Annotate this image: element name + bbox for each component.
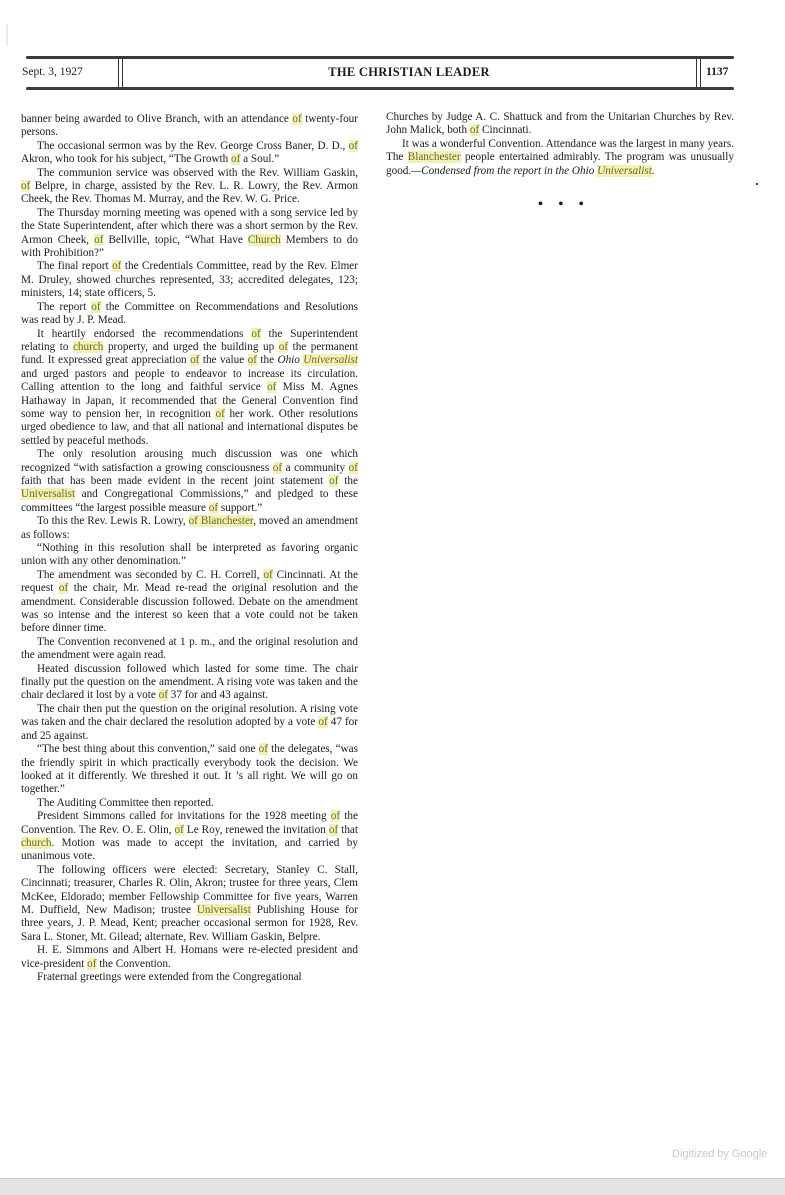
paragraph: The amendment was seconded by C. H. Corr…: [21, 569, 358, 636]
search-highlight: of: [349, 140, 358, 152]
paragraph: President Simmons called for invitations…: [21, 810, 358, 864]
search-highlight: of: [331, 810, 340, 822]
scanned-page: Sept. 3, 1927 THE CHRISTIAN LEADER 1137 …: [0, 0, 785, 1183]
search-highlight: of: [59, 582, 68, 594]
running-header: Sept. 3, 1927 THE CHRISTIAN LEADER 1137: [22, 56, 734, 90]
paragraph: “The best thing about this convention,” …: [21, 743, 358, 797]
paragraph: H. E. Simmons and Albert H. Homans were …: [21, 944, 358, 971]
search-highlight: of: [251, 328, 260, 340]
search-highlight: of: [318, 716, 327, 728]
search-highlight: of: [248, 354, 257, 366]
paragraph: Heated discussion followed which lasted …: [21, 663, 358, 703]
search-highlight: Universalist: [303, 354, 358, 366]
paragraph: The communion service was observed with …: [21, 167, 358, 207]
paragraph: The Convention reconvened at 1 p. m., an…: [21, 636, 358, 663]
paragraph: The final report of the Credentials Comm…: [21, 260, 358, 300]
search-highlight: of: [21, 180, 30, 192]
paragraph: “Nothing in this resolution shall be int…: [21, 542, 358, 569]
header-rule-bottom: [26, 87, 734, 90]
digitized-watermark: Digitized by Google: [672, 1148, 767, 1160]
viewer-bottom-bar: [0, 1178, 785, 1195]
search-highlight: of: [267, 381, 276, 393]
italic-text: —Condensed from the report in the Ohio: [411, 165, 597, 177]
paragraph: Churches by Judge A. C. Shattuck and fro…: [386, 111, 734, 138]
paragraph: To this the Rev. Lewis R. Lowry, of Blan…: [21, 515, 358, 542]
search-highlight: of: [259, 743, 268, 755]
search-highlight: church: [21, 837, 51, 849]
issue-date: Sept. 3, 1927: [22, 66, 83, 78]
search-highlight: of: [349, 462, 358, 474]
paragraph: The Auditing Committee then reported.: [21, 797, 358, 810]
article-column-left: banner being awarded to Olive Branch, wi…: [21, 113, 358, 984]
search-highlight: of: [292, 113, 301, 125]
search-highlight: of: [87, 958, 96, 970]
search-highlight: of: [279, 341, 288, 353]
scan-margin-mark: [6, 24, 8, 46]
page-number: 1137: [706, 66, 728, 78]
search-highlight: of: [329, 475, 338, 487]
search-highlight: of Blanchester: [189, 515, 254, 527]
section-break: • • •: [538, 197, 590, 213]
search-highlight: of: [263, 569, 272, 581]
search-highlight: of: [231, 153, 240, 165]
paragraph: It was a wonderful Convention. Attendanc…: [386, 138, 734, 178]
paragraph: The chair then put the question on the o…: [21, 703, 358, 743]
paragraph: banner being awarded to Olive Branch, wi…: [21, 113, 358, 140]
search-highlight: of: [91, 301, 100, 313]
paragraph: The only resolution arousing much discus…: [21, 448, 358, 515]
search-highlight: Universalist: [21, 488, 75, 500]
search-highlight: of: [112, 260, 121, 272]
publication-title: THE CHRISTIAN LEADER: [122, 65, 696, 80]
search-highlight: of: [175, 824, 184, 836]
scan-speck: [756, 183, 758, 185]
header-divider-right: [696, 59, 701, 87]
search-highlight: of: [209, 502, 218, 514]
paragraph: The occasional sermon was by the Rev. Ge…: [21, 140, 358, 167]
search-highlight: church: [73, 341, 103, 353]
search-highlight: Blanchester: [408, 151, 461, 163]
search-highlight: of: [329, 824, 338, 836]
paragraph: It heartily endorsed the recommendations…: [21, 328, 358, 449]
paragraph: The following officers were elected: Sec…: [21, 864, 358, 944]
header-rule-top: [26, 56, 734, 59]
paragraph: The report of the Committee on Recommend…: [21, 301, 358, 328]
paragraph: The Thursday morning meeting was opened …: [21, 207, 358, 261]
search-highlight: Universalist: [597, 165, 652, 177]
search-highlight: of: [159, 689, 168, 701]
italic-text: Ohio: [277, 354, 303, 366]
search-highlight: of: [215, 408, 224, 420]
search-highlight: of: [470, 124, 479, 136]
search-highlight: of: [94, 234, 103, 246]
italic-text: .: [652, 165, 655, 177]
search-highlight: of: [190, 354, 199, 366]
search-highlight: Universalist: [197, 904, 251, 916]
search-highlight: Church: [248, 234, 281, 246]
paragraph: Fraternal greetings were extended from t…: [21, 971, 358, 984]
search-highlight: of: [273, 462, 282, 474]
article-column-right: Churches by Judge A. C. Shattuck and fro…: [386, 111, 734, 178]
